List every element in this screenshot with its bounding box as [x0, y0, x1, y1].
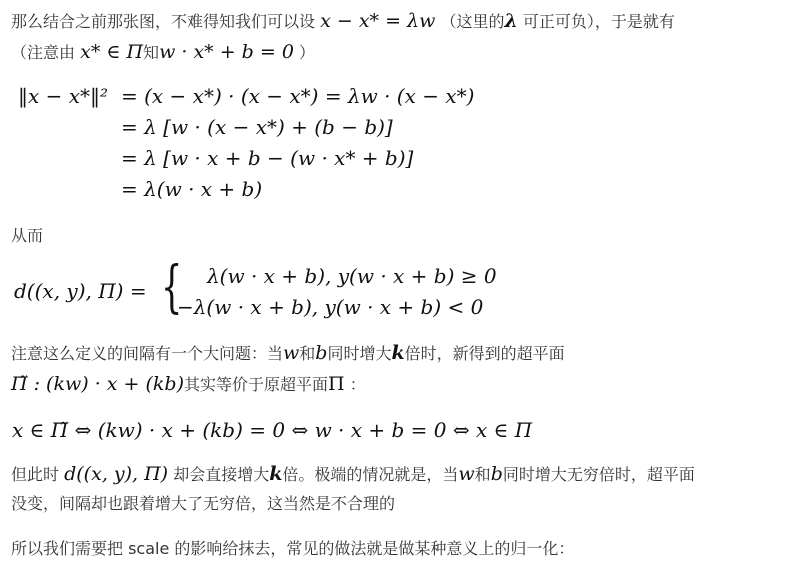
text: 同时增大无穷倍时，超平面 — [503, 465, 695, 484]
derivation-row-4: = λ(w · x + b) — [121, 177, 262, 201]
text: 注意这么定义的间隔有一个大问题：当 — [11, 344, 283, 363]
math-b: b — [315, 342, 327, 364]
text: ） — [299, 43, 315, 62]
text: 倍。极端的情况就是，当 — [282, 465, 458, 484]
text: （注意由 — [11, 43, 75, 62]
text: 其实等价于原超平面 — [184, 375, 328, 394]
math-distance: d((x, y), Π) — [64, 463, 168, 485]
consequence-paragraph-line1: 但此时 d((x, y), Π) 却会直接增大k倍。极端的情况就是，当w和b同时… — [11, 462, 695, 487]
math-b: b — [491, 463, 503, 485]
math-pi: Π — [328, 373, 345, 395]
normalization-paragraph: 所以我们需要把 scale 的影响给抹去，常见的做法就是做某种意义上的归一化： — [11, 537, 574, 561]
math-x-minus-xstar: x − x* = λw — [320, 10, 435, 32]
text: ： — [350, 375, 366, 394]
case-positive: λ(w · x + b), y(w · x + b) ≥ 0 — [207, 264, 497, 288]
math-scaled-hyperplane: Π̃ : (kw) · x + (kb) — [11, 373, 184, 395]
math-k: k — [391, 342, 404, 364]
text: 但此时 — [11, 465, 59, 484]
text: 那么结合之前那张图，不难得知我们可以设 — [11, 12, 315, 31]
text: 可正可负），于是就有 — [523, 12, 675, 31]
text: 同时增大 — [327, 344, 391, 363]
text: 却会直接增大 — [173, 465, 269, 484]
problem-paragraph-line1: 注意这么定义的间隔有一个大问题：当w和b同时增大k倍时，新得到的超平面 — [11, 341, 565, 366]
derivation-row-2: = λ [w · (x − x*) + (b − b)] — [121, 115, 393, 139]
text: 和 — [299, 344, 315, 363]
problem-paragraph-line2: Π̃ : (kw) · x + (kb)其实等价于原超平面Π ： — [11, 372, 366, 397]
math-w: w — [458, 463, 474, 485]
text: （这里的 — [440, 12, 504, 31]
math-w: w — [283, 342, 299, 364]
text: 知 — [143, 43, 159, 62]
math-k: k — [269, 463, 282, 485]
conclusion-label: 从而 — [11, 224, 43, 248]
derivation-block: ‖x − x*‖² = (x − x*) · (x − x*) = λw · (… — [18, 84, 518, 204]
distance-definition: d((x, y), Π) = { λ(w · x + b), y(w · x +… — [14, 262, 494, 322]
consequence-paragraph-line2: 没变，间隔却也跟着增大了无穷倍，这当然是不合理的 — [11, 492, 395, 516]
intro-paragraph-line1: 那么结合之前那张图，不难得知我们可以设 x − x* = λw （这里的λ 可正… — [11, 9, 675, 34]
math-xstar-in-pi: x* ∈ Π — [80, 41, 143, 63]
distance-lhs: d((x, y), Π) = — [14, 279, 147, 303]
derivation-lhs: ‖x − x*‖² — [18, 84, 108, 108]
derivation-row-1: = (x − x*) · (x − x*) = λw · (x − x*) — [121, 84, 474, 108]
text: 和 — [475, 465, 491, 484]
intro-paragraph-line2: （注意由 x* ∈ Π知w · x* + b = 0 ） — [11, 40, 315, 65]
equivalence-equation: x ∈ Π̃ ⇔ (kw) · x + (kb) = 0 ⇔ w · x + b… — [12, 418, 532, 442]
text: 倍时，新得到的超平面 — [405, 344, 565, 363]
derivation-row-3: = λ [w · x + b − (w · x* + b)] — [121, 146, 413, 170]
math-lambda: λ — [504, 10, 517, 32]
case-negative: −λ(w · x + b), y(w · x + b) < 0 — [177, 295, 483, 319]
math-hyperplane-eq: w · x* + b = 0 — [159, 41, 294, 63]
